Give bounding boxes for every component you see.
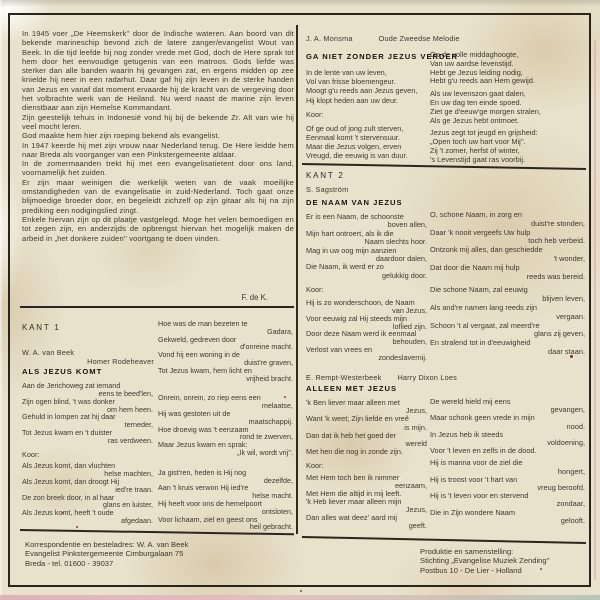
text-line: Maar die Jezus volgen, erven xyxy=(306,142,428,151)
text-line: Zijn geestelijk tehuis in Indonesië vond… xyxy=(22,113,294,132)
scan-edge-left xyxy=(0,0,2,600)
biography-signature: F. de K. xyxy=(22,293,294,302)
song2-author: J. A. Monsma xyxy=(306,34,353,43)
text-line: Maar schonk geen vrede in mijn xyxy=(430,414,586,422)
text-line: Hebt g'u reeds aan Hem gewijd. xyxy=(430,77,586,86)
text-line: Vol van frisse bloemengeur. xyxy=(306,77,428,86)
vertical-divider xyxy=(296,25,298,534)
song2-verse4: Jezus zegt tot jeugd en grijsheid:„Open … xyxy=(430,129,586,164)
paper-speck xyxy=(540,568,542,570)
text-line: vrijheid bracht. xyxy=(158,375,294,383)
production-credits: Produktie en samenstelling:Stichting „Ev… xyxy=(420,547,550,575)
record-sleeve-back: In 1945 voer „De Heemskerk'' door de Ind… xyxy=(0,0,600,600)
side1-column: KANT 1 W. A. van Beek Homer Rodeheaver A… xyxy=(22,324,154,525)
song1-author: W. A. van Beek xyxy=(22,349,154,357)
side1-column-2: Hoe was de man bezeten teGadara,Gekweld,… xyxy=(158,320,294,543)
text-line: Postbus 10 - De Lier - Holland xyxy=(420,566,550,575)
text-line: In de lente van uw leven, xyxy=(306,68,428,77)
side2-column: KANT 2 S. Sagström DE NAAM VAN JEZUS Er … xyxy=(306,171,428,362)
text-line: God maakte hem hier zijn roeping bekend … xyxy=(22,131,294,140)
song4-composer: Harry Dixon Loes xyxy=(397,373,457,382)
text-line: Eenmaal komt 't stervensuur. xyxy=(306,133,428,142)
song2-title: GA NIET ZONDER JEZUS VERDER xyxy=(306,52,428,62)
song3-title: DE NAAM VAN JEZUS xyxy=(306,198,428,208)
paper-speck xyxy=(570,355,573,358)
song3-verse3: Die schone Naam, zal eeuwigblijven leven… xyxy=(430,286,586,356)
song1-title: ALS JEZUS KOMT xyxy=(22,368,154,376)
text-line: Of ge oud of jong zult sterven, xyxy=(306,124,428,133)
song2-attribution-row: J. A. Monsma Oude Zweedse Melodie xyxy=(306,34,460,43)
text-line: In de zomermaanden trekt hij met een eva… xyxy=(22,159,294,178)
text-line: Er zijn maar weinigen die werkelijk wete… xyxy=(22,178,294,215)
song1-koor-label: Koor: xyxy=(22,451,154,459)
text-line: Voor 't leven en zelfs in de dood. xyxy=(430,447,586,455)
text-line: Produktie en samenstelling: xyxy=(420,547,550,556)
text-line: In 1945 voer „De Heemskerk'' door de Ind… xyxy=(22,29,294,113)
paper-speck xyxy=(284,396,286,398)
text-line: Met hen die nog in zonde zijn. xyxy=(306,448,428,456)
text-line: gelooft. xyxy=(430,517,586,525)
text-line: Breda - tel. 01600 - 39037 xyxy=(25,559,188,568)
song4-column-2: De wereld hield mij eensgevangen,Maar sc… xyxy=(430,398,586,529)
text-line: ras verdween. xyxy=(22,437,154,445)
text-line: „Ik wil, wordt vrij''. xyxy=(158,449,294,457)
side2-label: KANT 2 xyxy=(306,171,428,181)
correspondence-address: Korrespondentie en besteladres: W. A. va… xyxy=(25,540,188,568)
paper-speck xyxy=(300,590,302,592)
text-line: Evangelist Pinkstergemeente Cimburgalaan… xyxy=(25,549,188,558)
song1-verse1: Aan de Jerichoweg zat iemandeens te beed… xyxy=(22,382,154,444)
song2-verse2: Op de volle middaghoogte,Van uw aardse l… xyxy=(430,51,586,86)
song1-verse2: Hoe was de man bezeten teGadara,Gekweld,… xyxy=(158,320,294,382)
song4-koor-label: Koor: xyxy=(306,461,428,470)
paper-speck xyxy=(76,526,78,528)
text-line: Enkele hiervan zijn op dit plaatje vastg… xyxy=(22,215,294,243)
scan-edge-bottom xyxy=(0,595,600,600)
text-line: Stichting „Evangelise Muziek Zending'' xyxy=(420,556,550,565)
text-line: Als ge Jezus hebt ontmoet. xyxy=(430,117,586,126)
song4-title: ALLEEN MET JEZUS xyxy=(306,384,428,394)
text-line: gelukkig door. xyxy=(306,272,428,280)
song2-koor-label: Koor: xyxy=(306,110,428,120)
song3-verse2: O, schone Naam, in zorg enduist're stond… xyxy=(430,211,586,281)
song1-verse4: Ja gist'ren, heden is Hij nogdezelfde,Aa… xyxy=(158,469,294,531)
song2-column-2: Op de volle middaghoogte,Van uw aardse l… xyxy=(430,51,586,169)
text-line: geeft. xyxy=(306,522,428,530)
song4-attribution-row: E. Rempt-Westerbeek Harry Dixon Loes xyxy=(306,373,457,382)
song2-chorus: Of ge oud of jong zult sterven,Eenmaal k… xyxy=(306,124,428,161)
song1-chorus: Als Jezus komt, dan vluchtenhelse machte… xyxy=(22,462,154,524)
song3-chorus: Hij is zo wonderschoon, de Naamvan Jezus… xyxy=(306,299,428,361)
side1-label: KANT 1 xyxy=(22,324,154,332)
song2-column: GA NIET ZONDER JEZUS VERDER In de lente … xyxy=(306,52,428,161)
song2-verse1: In de lente van uw leven,Vol van frisse … xyxy=(306,68,428,105)
song4-verse3: Hij is manna voor de ziel diehongert,Hij… xyxy=(430,459,586,525)
song1-composer: Homer Rodeheaver xyxy=(22,358,154,366)
text-line: reeds was bereid. xyxy=(430,273,586,282)
text-line: Vreugd, die eeuwig is van duur. xyxy=(306,151,428,160)
song3-verse1: Er is een Naam, de schoonsteboven allen,… xyxy=(306,213,428,280)
text-line: daar staan. xyxy=(430,348,586,357)
song2-verse3: Als uw levenszon gaat dalen,En uw dag te… xyxy=(430,90,586,125)
text-line: heil gebracht. xyxy=(158,523,294,531)
song4-column: ALLEEN MET JEZUS 'k Ben liever maar alle… xyxy=(306,384,428,530)
song4-author: E. Rempt-Westerbeek xyxy=(306,373,381,382)
paper-speck xyxy=(62,512,64,514)
text-line: afgedaan. xyxy=(22,517,154,525)
song4-verse2: De wereld hield mij eensgevangen,Maar sc… xyxy=(430,398,586,455)
song3-author: S. Sagström xyxy=(306,185,428,195)
scan-edge-right xyxy=(594,40,596,580)
text-line: zondeslavernij. xyxy=(306,354,428,362)
side2-column-2: O, schone Naam, in zorg enduist're stond… xyxy=(430,211,586,362)
text-line: Hij klopt heden aan uw deur. xyxy=(306,96,428,105)
text-line: Moogt g'u reeds aan Jezus geven, xyxy=(306,86,428,95)
text-line: 's Levenstijd gaat ras voorbij. xyxy=(430,156,586,165)
song1-verse3: Onrein, onrein, zo riep eens eenmelaatse… xyxy=(158,394,294,456)
song4-chorus: Met Hem toch ben ik nimmereenzaam,Met He… xyxy=(306,474,428,530)
song3-koor-label: Koor: xyxy=(306,285,428,295)
text-line: Korrespondentie en besteladres: W. A. va… xyxy=(25,540,188,549)
song2-melody: Oude Zweedse Melodie xyxy=(379,34,460,43)
divider-rule-left xyxy=(20,306,294,308)
song4-verse1: 'k Ben liever maar alleen metJezus,Want … xyxy=(306,399,428,456)
biography-text: In 1945 voer „De Heemskerk'' door de Ind… xyxy=(22,29,294,243)
text-line: In 1947 keerde hij met zijn vrouw naar N… xyxy=(22,141,294,160)
